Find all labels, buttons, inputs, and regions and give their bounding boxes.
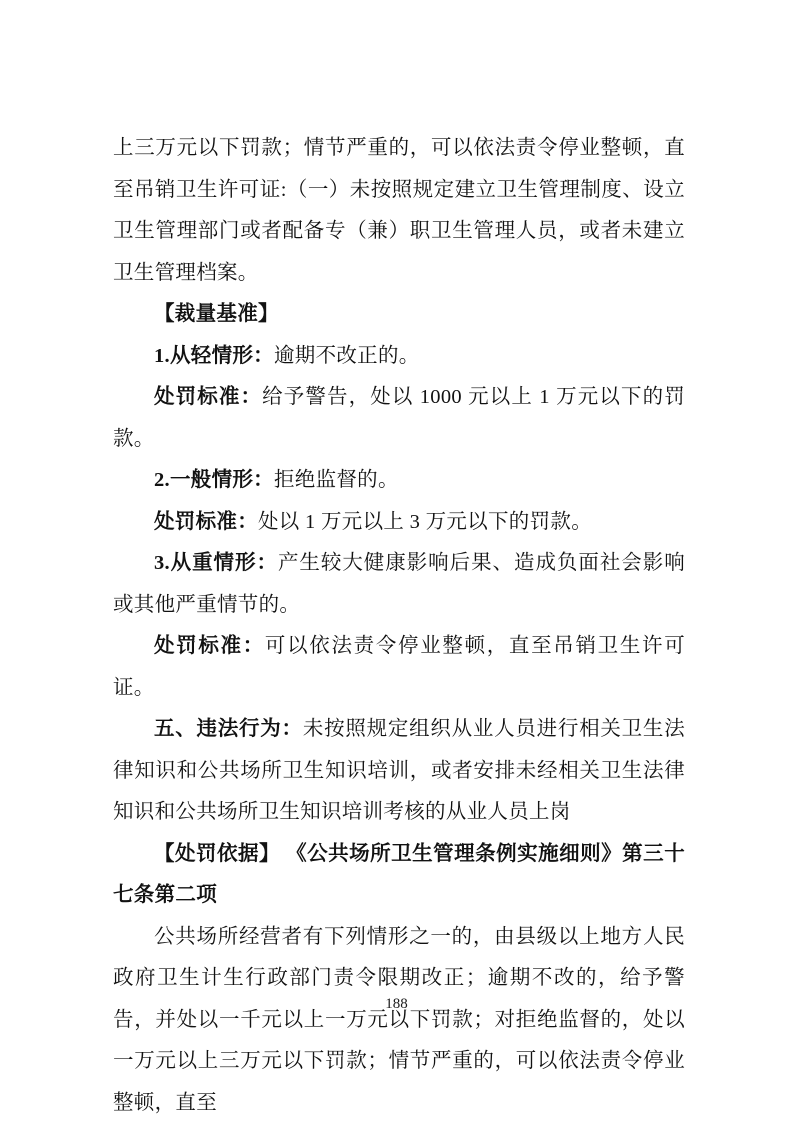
document-page: 上三万元以下罚款；情节严重的，可以依法责令停业整顿，直至吊销卫生许可证:（一）未… [0, 0, 793, 1122]
paragraph-penalty-basis: 【处罚依据】《公共场所卫生管理条例实施细则》第三十七条第二项 [113, 834, 685, 917]
item-label: 处罚标准： [154, 511, 258, 533]
item-label: 处罚标准： [154, 386, 262, 408]
document-body: 上三万元以下罚款；情节严重的，可以依法责令停业整顿，直至吊销卫生许可证:（一）未… [113, 128, 685, 1122]
basis-label: 【处罚依据】 [154, 843, 280, 865]
item-penalty-standard-3: 处罚标准：可以依法责令停业整顿，直至吊销卫生许可证。 [113, 626, 685, 709]
paragraph-violation-5: 五、违法行为：未按照规定组织从业人员进行相关卫生法律知识和公共场所卫生知识培训，… [113, 709, 685, 834]
page-number: 188 [0, 994, 793, 1014]
item-severe-circumstance: 3.从重情形：产生较大健康影响后果、造成负面社会影响或其他严重情节的。 [113, 543, 685, 626]
item-label: 2.一般情形： [154, 469, 274, 491]
item-text: 拒绝监督的。 [274, 469, 399, 491]
item-label: 1.从轻情形： [154, 345, 274, 367]
item-general-circumstance: 2.一般情形：拒绝监督的。 [113, 460, 685, 502]
item-penalty-standard-2: 处罚标准：处以 1 万元以上 3 万元以下的罚款。 [113, 502, 685, 544]
item-label: 3.从重情形： [154, 552, 278, 574]
item-text: 处以 1 万元以上 3 万元以下的罚款。 [258, 511, 592, 533]
paragraph-continuation: 上三万元以下罚款；情节严重的，可以依法责令停业整顿，直至吊销卫生许可证:（一）未… [113, 128, 685, 294]
item-text: 逾期不改正的。 [274, 345, 420, 367]
violation-label: 五、违法行为： [154, 718, 303, 740]
section-heading-discretion-benchmark: 【裁量基准】 [113, 294, 685, 336]
item-lenient-circumstance: 1.从轻情形：逾期不改正的。 [113, 336, 685, 378]
item-label: 处罚标准： [154, 635, 265, 657]
paragraph-basis-body: 公共场所经营者有下列情形之一的，由县级以上地方人民政府卫生计生行政部门责令限期改… [113, 917, 685, 1122]
item-penalty-standard-1: 处罚标准：给予警告，处以 1000 元以上 1 万元以下的罚款。 [113, 377, 685, 460]
